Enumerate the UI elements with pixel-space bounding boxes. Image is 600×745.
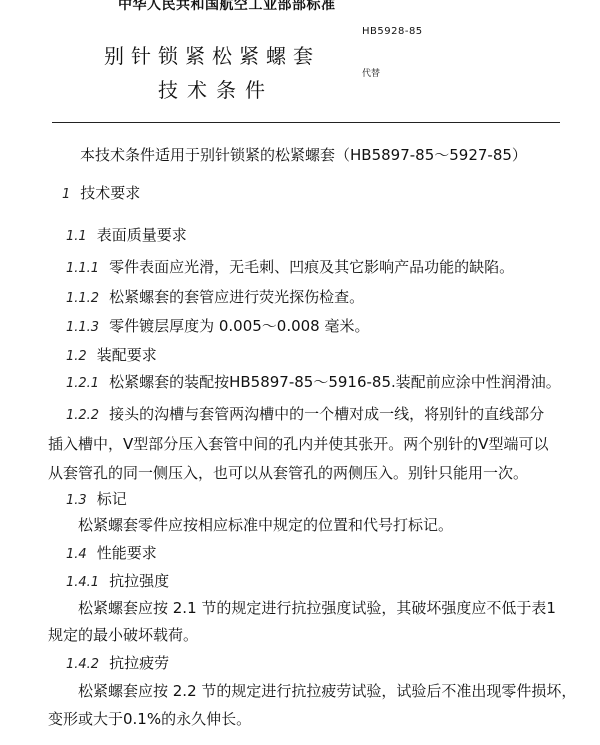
paragraph-line: 变形或大于0.1%的永久伸长。 xyxy=(48,709,251,729)
section-1-1: 1.1表面质量要求 xyxy=(66,225,187,247)
paragraph-line: 松紧螺套应按 2.1 节的规定进行抗拉强度试验，其破坏强度应不低于表1 xyxy=(78,598,556,618)
paragraph-line: 从套管孔的同一侧压入，也可以从套管孔的两侧压入。别针只能用一次。 xyxy=(48,463,528,483)
section-1-2: 1.2装配要求 xyxy=(66,345,157,367)
section-1-4-1: 1.4.1抗拉强度 xyxy=(66,571,169,593)
section-1-1-3: 1.1.3零件镀层厚度为 0.005～0.008 毫米。 xyxy=(66,316,370,338)
paragraph-line: 规定的最小破坏载荷。 xyxy=(48,625,198,645)
section-1-3: 1.3标记 xyxy=(66,489,127,511)
section-1-1-2: 1.1.2松紧螺套的套管应进行荧光探伤检查。 xyxy=(66,287,364,309)
paragraph-line: 插入槽中，V型部分压入套管中间的孔内并使其张开。两个别针的V型端可以 xyxy=(48,434,549,454)
section-1: 1技术要求 xyxy=(62,183,140,205)
section-1-2-2: 1.2.2接头的沟槽与套管两沟槽中的一个槽对成一线，将别针的直线部分 xyxy=(66,404,544,426)
header-divider xyxy=(52,122,560,123)
standard-code: HB5928-85 xyxy=(362,26,423,37)
section-1-2-1: 1.2.1松紧螺套的装配按HB5897-85～5916-85.装配前应涂中性润滑… xyxy=(66,372,561,394)
paragraph-line: 松紧螺套应按 2.2 节的规定进行抗拉疲劳试验，试验后不准出现零件损坏， xyxy=(78,681,576,701)
section-1-1-1: 1.1.1零件表面应光滑，无毛刺、凹痕及其它影响产品功能的缺陷。 xyxy=(66,257,514,279)
document-subtitle: 技术条件 xyxy=(158,74,274,103)
document-title: 别针锁紧松紧螺套 xyxy=(104,40,320,69)
section-1-4-2: 1.4.2抗拉疲劳 xyxy=(66,653,169,675)
intro-paragraph: 本技术条件适用于别针锁紧的松紧螺套（HB5897-85～5927-85） xyxy=(80,145,527,165)
replaces-label: 代替 xyxy=(362,66,380,79)
issuing-organization: 中华人民共和国航空工业部部标准 xyxy=(118,0,336,14)
section-1-4: 1.4性能要求 xyxy=(66,543,157,565)
paragraph-line: 松紧螺套零件应按相应标准中规定的位置和代号打标记。 xyxy=(78,515,453,535)
